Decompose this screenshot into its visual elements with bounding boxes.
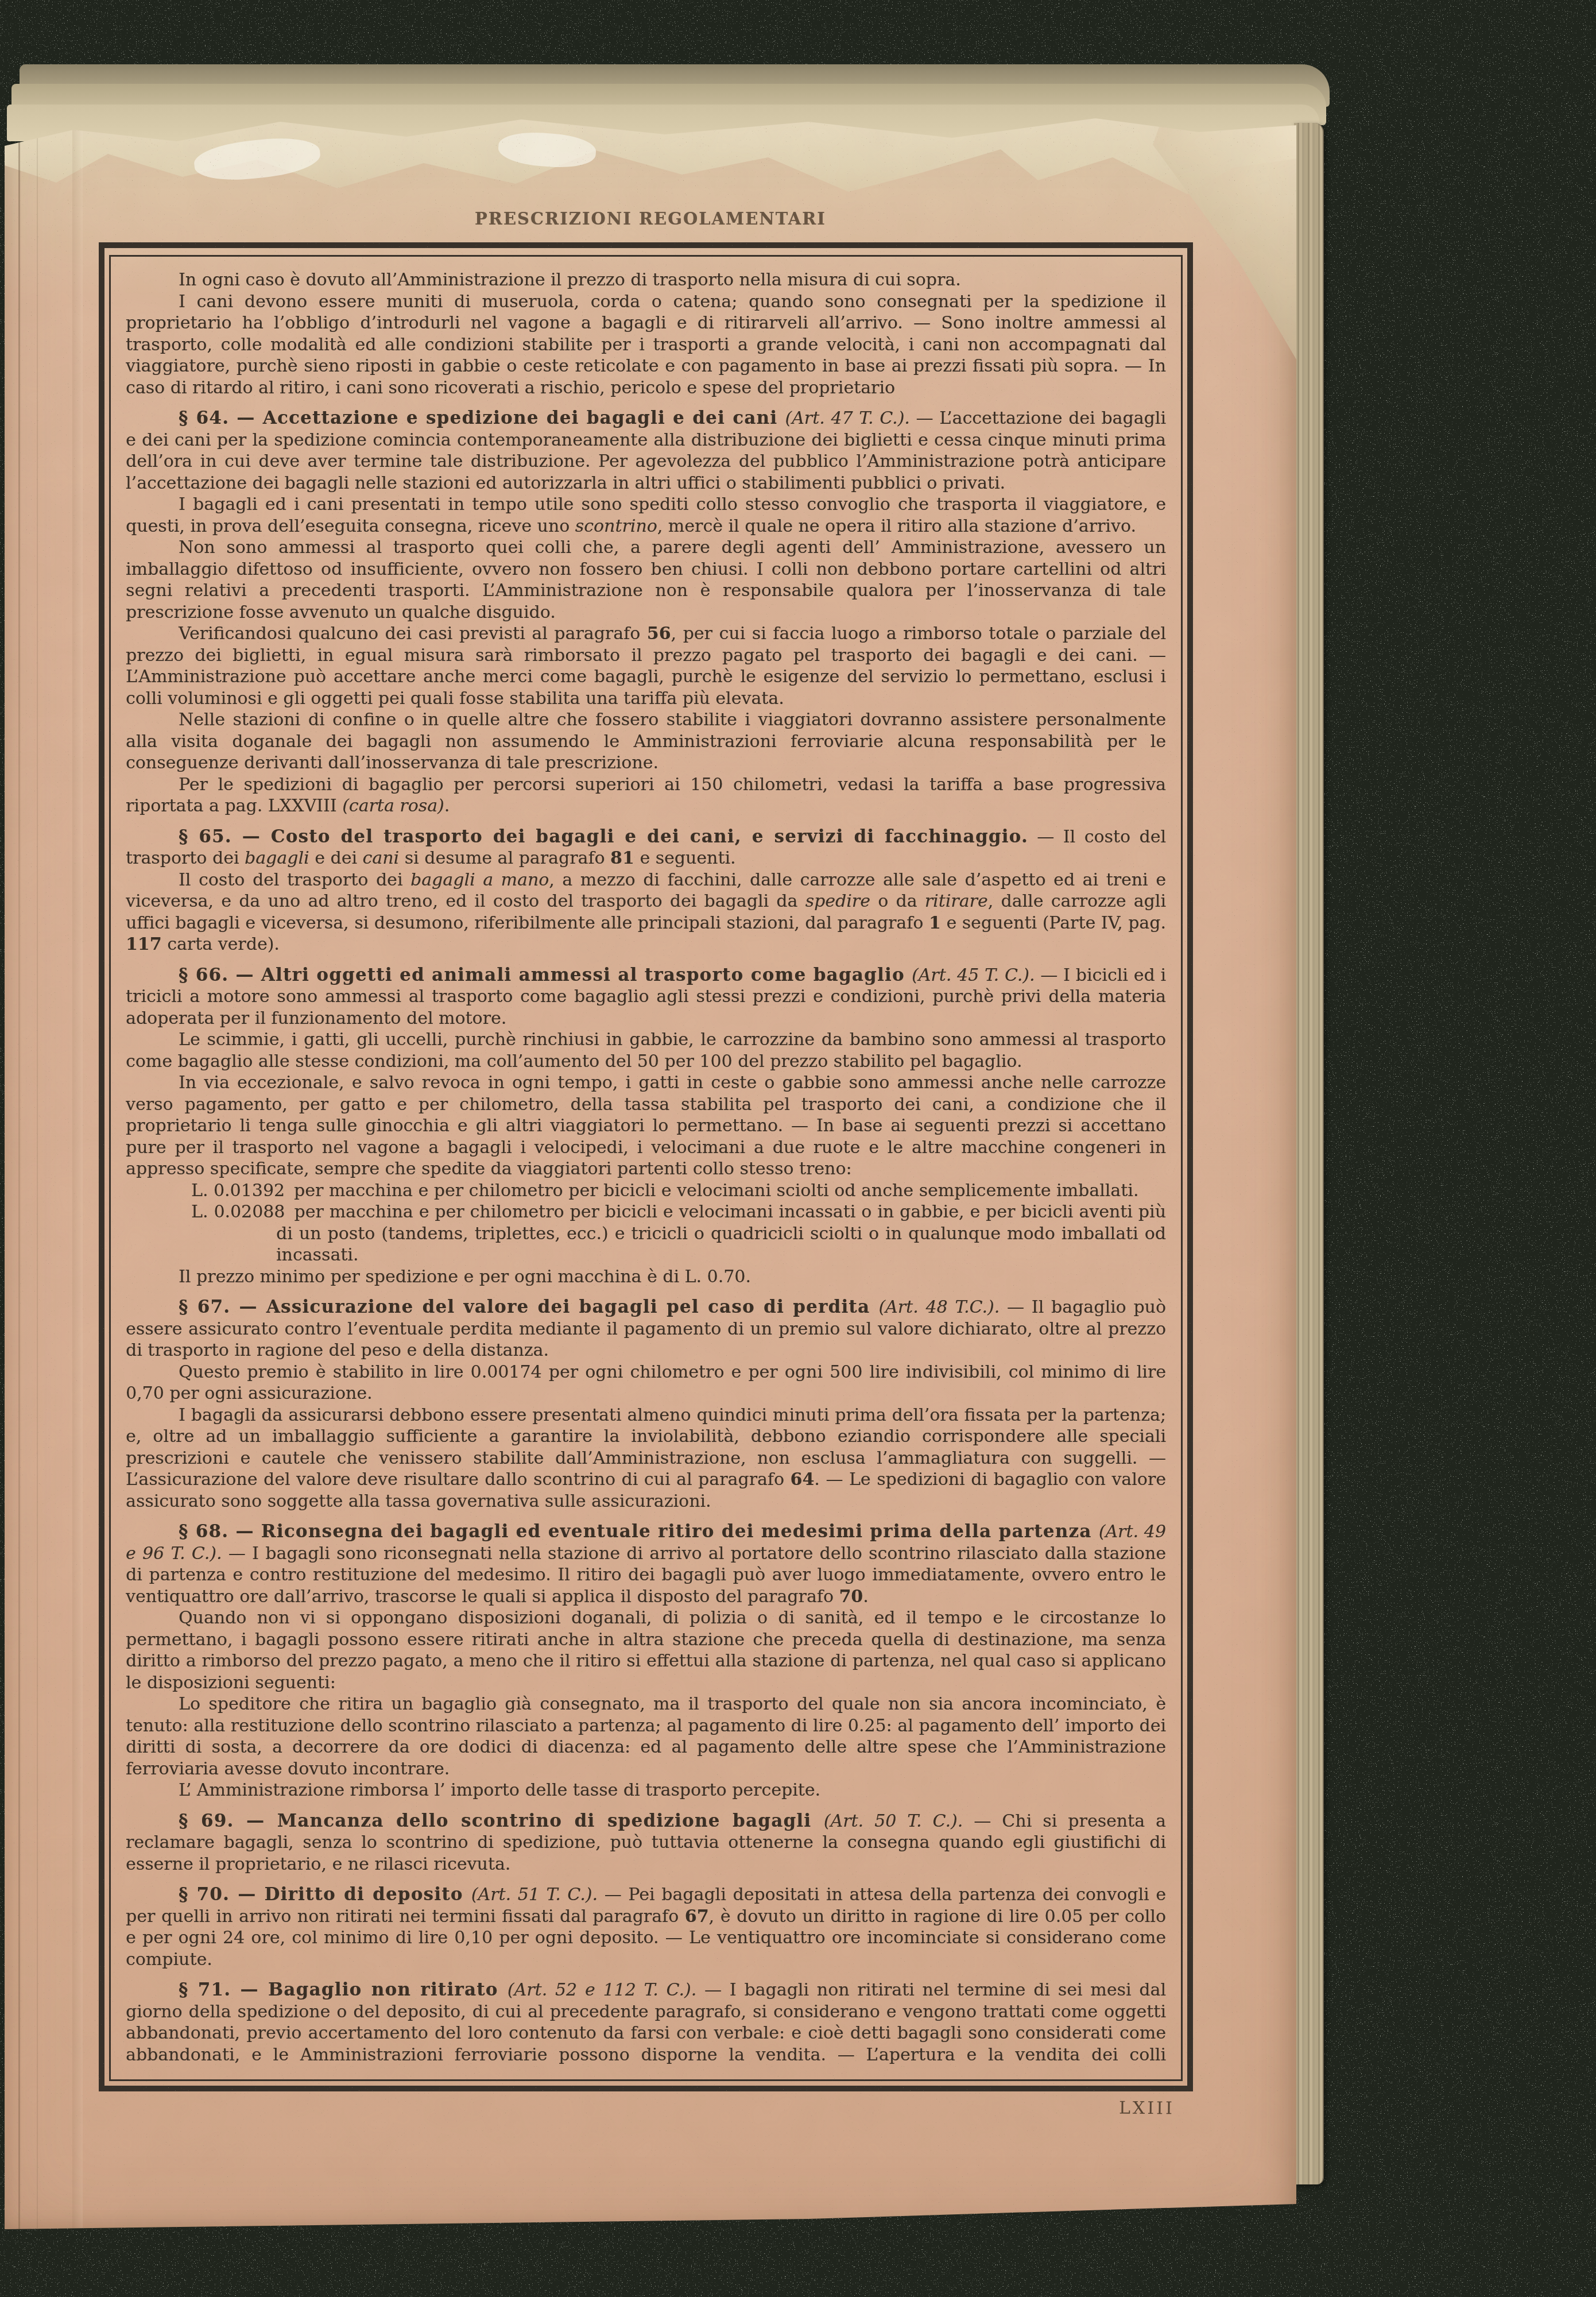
paragraph: Il prezzo minimo per spedizione e per og… — [126, 1266, 1166, 1288]
text-segment: In via eccezionale, e salvo revoca in og… — [126, 1073, 1166, 1179]
book-page: PRESCRIZIONI REGOLAMENTARI In ogni caso … — [5, 113, 1296, 2233]
text-border-box: In ogni caso è dovuto all’Amministrazion… — [99, 242, 1193, 2091]
text-segment: carta verde). — [162, 934, 280, 954]
text-segment: bagagli a mano — [410, 870, 549, 890]
section-paragraph: § 64. — Accettazione e spedizione dei ba… — [126, 408, 1166, 494]
text-segment: § 69. — Mancanza dello scontrino di sped… — [179, 1811, 824, 1831]
paragraph: L’ Amministrazione rimborsa l’ importo d… — [126, 1780, 1166, 1801]
text-segment: In ogni caso è dovuto all’Amministrazion… — [179, 270, 961, 290]
text-segment: I cani devono essere muniti di museruola… — [126, 292, 1166, 398]
paragraph: L. 0.01392per macchina e per chilometro … — [126, 1180, 1166, 1202]
text-segment: L’ Amministrazione rimborsa l’ importo d… — [179, 1780, 820, 1800]
text-segment: (carta rosa) — [342, 796, 444, 816]
text-segment: si desume al paragrafo — [399, 848, 610, 868]
text-segment: § 67. — Assicurazione del valore dei bag… — [179, 1297, 878, 1317]
text-segment: § 71. — Bagaglio non ritirato — [179, 1979, 508, 2000]
text-segment: cani — [363, 848, 400, 868]
page-stack-right-edge — [1294, 123, 1324, 2184]
text-segment: Il prezzo minimo per spedizione e per og… — [179, 1267, 751, 1287]
section-paragraph: § 65. — Costo del trasporto dei bagagli … — [126, 826, 1166, 869]
text-segment: scontrino — [575, 516, 657, 536]
price-amount: L. 0.01392 — [191, 1181, 285, 1201]
left-crease — [72, 113, 83, 2233]
text-segment: per macchina e per chilometro per bicicl… — [276, 1202, 1166, 1265]
paragraph: I bagagli da assicurarsi debbono essere … — [126, 1405, 1166, 1513]
text-segment: 70 — [839, 1587, 863, 1607]
section-paragraph: § 66. — Altri oggetti ed animali ammessi… — [126, 965, 1166, 1030]
text-segment: o da — [870, 891, 925, 911]
text-segment: 81 — [610, 848, 634, 868]
section-paragraph: § 70. — Diritto di deposito (Art. 51 T. … — [126, 1884, 1166, 1970]
paragraph: Per le spedizioni di bagaglio per percor… — [126, 774, 1166, 817]
text-segment: Questo premio è stabilito in lire 0.0017… — [126, 1362, 1166, 1404]
text-segment: spedire — [805, 891, 870, 911]
running-head: PRESCRIZIONI REGOLAMENTARI — [5, 209, 1296, 229]
text-segment: e seguenti. — [634, 848, 736, 868]
text-segment: . — [444, 796, 450, 816]
text-segment: per macchina e per chilometro per bicicl… — [294, 1181, 1138, 1201]
text-segment: § 70. — Diritto di deposito — [179, 1884, 471, 1905]
text-segment: Le scimmie, i gatti, gli uccelli, purchè… — [126, 1030, 1166, 1072]
text-segment: — I bagagli sono riconsegnati nella staz… — [126, 1544, 1166, 1607]
text-segment: Non sono ammessi al trasporto quei colli… — [126, 537, 1166, 622]
section-paragraph: § 71. — Bagaglio non ritirato (Art. 52 e… — [126, 1979, 1166, 2066]
section-paragraph: § 69. — Mancanza dello scontrino di sped… — [126, 1811, 1166, 1876]
text-segment: e dei — [309, 848, 363, 868]
text-segment: § 66. — Altri oggetti ed animali ammessi… — [179, 965, 912, 985]
text-segment: 67 — [685, 1907, 709, 1927]
text-segment: § 68. — Riconsegna dei bagagli ed eventu… — [179, 1521, 1099, 1542]
text-segment: . — [863, 1587, 869, 1607]
text-segment: (Art. 51 T. C.). — [471, 1885, 598, 1905]
text-segment: (Art. 52 e 112 T. C.). — [508, 1980, 696, 2000]
text-segment: Il costo del trasporto dei — [179, 870, 410, 890]
text-segment: (Art. 45 T. C.). — [912, 965, 1035, 985]
paragraph: Lo speditore che ritira un bagaglio già … — [126, 1693, 1166, 1780]
text-column: In ogni caso è dovuto all’Amministrazion… — [126, 269, 1166, 2066]
paragraph: Questo premio è stabilito in lire 0.0017… — [126, 1362, 1166, 1405]
text-segment: 1 — [929, 913, 941, 933]
paragraph: Nelle stazioni di confine o in quelle al… — [126, 709, 1166, 774]
left-crease — [18, 113, 20, 2233]
text-segment: (Art. 47 T. C.). — [785, 408, 909, 428]
paragraph: Le scimmie, i gatti, gli uccelli, purchè… — [126, 1029, 1166, 1072]
text-segment: (Art. 50 T. C.). — [824, 1811, 963, 1831]
text-segment: § 65. — Costo del trasporto dei bagagli … — [179, 826, 1028, 847]
text-segment: Nelle stazioni di confine o in quelle al… — [126, 710, 1166, 773]
paragraph: Quando non vi si oppongano disposizioni … — [126, 1607, 1166, 1693]
page-number: LXIII — [1119, 2098, 1175, 2119]
paragraph: Verificandosi qualcuno dei casi previsti… — [126, 623, 1166, 709]
section-paragraph: § 67. — Assicurazione del valore dei bag… — [126, 1297, 1166, 1362]
paragraph: I bagagli ed i cani presentati in tempo … — [126, 494, 1166, 537]
price-amount: L. 0.02088 — [191, 1202, 285, 1222]
scanned-book-photo: PRESCRIZIONI REGOLAMENTARI In ogni caso … — [0, 0, 1596, 2297]
paragraph: Non sono ammessi al trasporto quei colli… — [126, 537, 1166, 623]
text-segment: , mercè il quale ne opera il ritiro alla… — [657, 516, 1136, 536]
text-segment: Lo speditore che ritira un bagaglio già … — [126, 1694, 1166, 1779]
text-segment: 117 — [126, 934, 162, 954]
paragraph: In ogni caso è dovuto all’Amministrazion… — [126, 269, 1166, 291]
paragraph: Il costo del trasporto dei bagagli a man… — [126, 869, 1166, 956]
paragraph: In via eccezionale, e salvo revoca in og… — [126, 1072, 1166, 1180]
text-segment: 56 — [647, 624, 671, 644]
text-border-box-inner: In ogni caso è dovuto all’Amministrazion… — [109, 255, 1183, 2081]
text-segment: Per le spedizioni di bagaglio per percor… — [126, 775, 1166, 817]
left-crease — [37, 113, 38, 2233]
paragraph: L. 0.02088per macchina e per chilometro … — [126, 1201, 1166, 1266]
text-segment: 64 — [791, 1470, 815, 1490]
text-segment: bagagli — [245, 848, 309, 868]
text-segment: Quando non vi si oppongano disposizioni … — [126, 1608, 1166, 1693]
text-segment: ritirare — [925, 891, 988, 911]
text-segment: § 64. — Accettazione e spedizione dei ba… — [179, 408, 785, 428]
text-segment: Verificandosi qualcuno dei casi previsti… — [179, 624, 647, 644]
text-segment: e seguenti (Parte IV, pag. — [941, 913, 1166, 933]
text-segment: (Art. 48 T.C.). — [878, 1297, 1000, 1317]
section-paragraph: § 68. — Riconsegna dei bagagli ed eventu… — [126, 1521, 1166, 1607]
paragraph: I cani devono essere muniti di museruola… — [126, 291, 1166, 399]
